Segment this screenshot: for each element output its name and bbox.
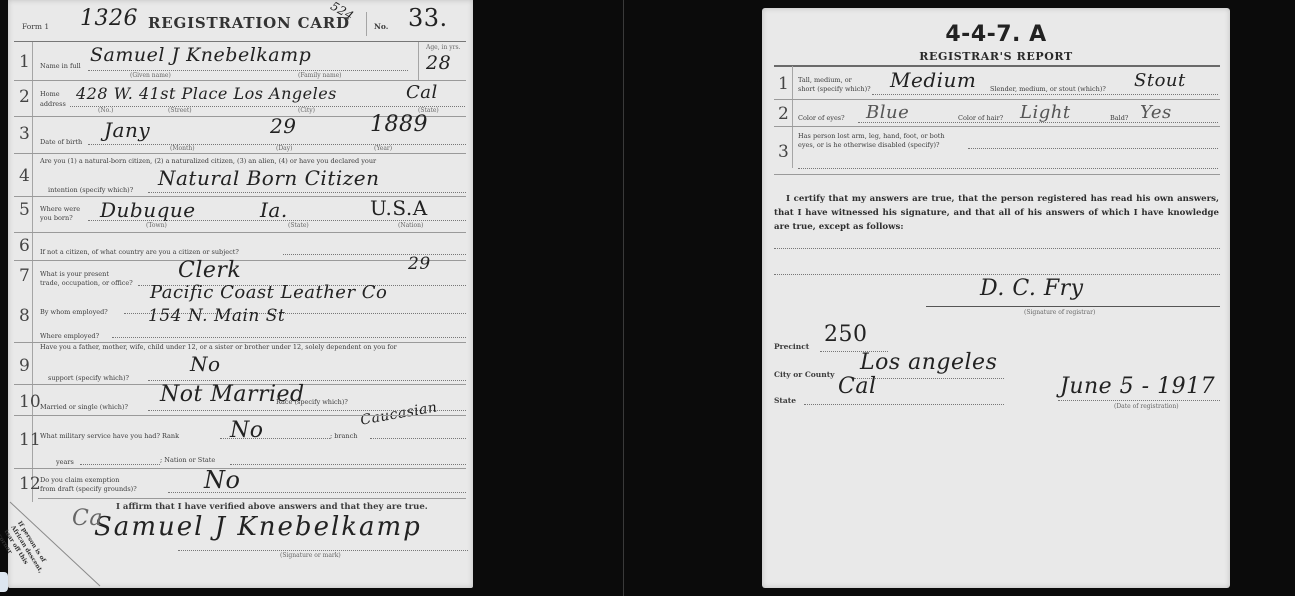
row-10-number: 10: [19, 392, 41, 412]
form-label: Form 1: [22, 22, 49, 31]
military-branch-label: ; branch: [330, 432, 357, 440]
birth-nation-value: U.S.A: [370, 196, 428, 220]
row-1-number: 1: [19, 52, 30, 72]
dependents-question: Have you a father, mother, wife, child u…: [40, 343, 397, 351]
caption-family-name: (Family name): [298, 72, 342, 79]
caption-day: (Day): [276, 145, 292, 152]
employer-label: By whom employed?: [40, 308, 108, 316]
name-label: Name in full: [40, 62, 81, 70]
registration-date-value: June 5 - 1917: [1060, 374, 1215, 399]
build-label: Slender, medium, or stout (which)?: [990, 85, 1106, 93]
age-label: Age, in yrs.: [426, 44, 460, 51]
row-7-number: 7: [19, 266, 30, 286]
registration-date-caption: (Date of registration): [1114, 403, 1179, 410]
eye-color-label: Color of eyes?: [798, 114, 845, 122]
dob-month-value: Jany: [104, 118, 150, 142]
age-value: 28: [426, 52, 451, 74]
disability-label-1: Has person lost arm, leg, hand, foot, or…: [798, 132, 945, 140]
caption-no: (No.): [98, 107, 113, 114]
citizenship-question: Are you (1) a natural-born citizen, (2) …: [40, 157, 376, 165]
birth-town-value: Dubuque: [100, 198, 196, 222]
report-row-1-number: 1: [778, 74, 789, 94]
height-label-1: Tall, medium, or: [798, 76, 852, 84]
report-title: REGISTRAR'S REPORT: [762, 50, 1230, 63]
bald-label: Bald?: [1110, 114, 1128, 122]
exemption-label-2: from draft (specify grounds)?: [40, 485, 137, 493]
employment-location-label: Where employed?: [40, 332, 99, 340]
report-row-3-number: 3: [778, 142, 789, 162]
eye-color-value: Blue: [866, 102, 909, 123]
registrar-signature-caption: (Signature of registrar): [1024, 309, 1095, 316]
caption-month: (Month): [170, 145, 195, 152]
hair-color-label: Color of hair?: [958, 114, 1003, 122]
dependents-value: No: [190, 352, 221, 376]
report-row-2-number: 2: [778, 104, 789, 124]
card-no-value: 33.: [408, 4, 448, 32]
race-label: Race (specify which)?: [276, 398, 348, 406]
hair-color-value: Light: [1020, 102, 1071, 123]
dob-label: Date of birth: [40, 138, 82, 146]
serial-number: 1326: [80, 6, 138, 31]
military-service-label: What military service have you had? Rank: [40, 432, 179, 440]
citizenship-label: intention (specify which)?: [48, 186, 133, 194]
exemption-value: No: [204, 466, 240, 494]
marital-status-label: Married or single (which)?: [40, 403, 128, 411]
caption-year: (Year): [374, 145, 392, 152]
employer-value: Pacific Coast Leather Co: [150, 282, 387, 303]
bald-value: Yes: [1140, 102, 1172, 123]
precinct-label: Precinct: [774, 342, 809, 351]
race-value: Caucasian: [359, 399, 438, 428]
occupation-note: 29: [408, 254, 431, 274]
caption-given-name: (Given name): [130, 72, 171, 79]
military-rank-value: No: [230, 418, 264, 443]
employment-location-value: 154 N. Main St: [148, 306, 285, 326]
foreign-citizenship-label: If not a citizen, of what country are yo…: [40, 248, 239, 256]
row-8-number: 8: [19, 306, 30, 326]
disability-label-2: eyes, or is he otherwise disabled (speci…: [798, 141, 940, 149]
birthplace-label-1: Where were: [40, 205, 80, 213]
affirmation-text: I affirm that I have verified above answ…: [116, 502, 428, 512]
height-value: Medium: [890, 68, 976, 92]
registrar-signature: D. C. Fry: [980, 276, 1084, 301]
city-label: City or County: [774, 370, 835, 379]
city-value: Los angeles: [860, 350, 997, 375]
citizenship-value: Natural Born Citizen: [158, 166, 380, 190]
exemption-label-1: Do you claim exemption: [40, 476, 119, 484]
caption-street: (Street): [168, 107, 192, 114]
film-frame-divider: [623, 0, 624, 596]
occupation-value: Clerk: [178, 258, 241, 283]
precinct-value: 250: [824, 322, 868, 347]
state-label: State: [774, 396, 796, 405]
height-label-2: short (specify which)?: [798, 85, 871, 93]
state-value: Cal: [838, 374, 877, 399]
registration-card: Form 1 1326 REGISTRATION CARD 524 No. 33…: [8, 0, 473, 588]
military-years-label: years: [56, 458, 74, 466]
registrant-signature: Samuel J Knebelkamp: [94, 512, 422, 542]
dependents-label: support (specify which)?: [48, 374, 129, 382]
row-4-number: 4: [19, 166, 30, 186]
row-3-number: 3: [19, 124, 30, 144]
build-value: Stout: [1134, 70, 1186, 91]
dob-day-value: 29: [270, 114, 296, 138]
row-5-number: 5: [19, 200, 30, 220]
row-11-number: 11: [19, 430, 41, 450]
corner-mark: Ca: [72, 506, 103, 531]
signature-caption: (Signature or mark): [280, 552, 341, 559]
caption-city: (City): [298, 107, 315, 114]
home-address-value: 428 W. 41st Place Los Angeles: [76, 84, 337, 103]
report-form-number: 4-4-7. A: [762, 22, 1230, 47]
caption-birth-state: (State): [288, 222, 309, 229]
row-2-number: 2: [19, 87, 30, 107]
birth-state-value: Ia.: [260, 198, 288, 222]
birthplace-label-2: you born?: [40, 214, 73, 222]
occupation-label-1: What is your present: [40, 270, 109, 278]
row-6-number: 6: [19, 236, 30, 256]
occupation-label-2: trade, occupation, or office?: [40, 279, 133, 287]
row-9-number: 9: [19, 356, 30, 376]
dob-year-value: 1889: [370, 112, 428, 137]
military-nation-label: ; Nation or State: [160, 456, 215, 464]
card-title: REGISTRATION CARD: [148, 14, 350, 32]
card-no-label: No.: [374, 22, 388, 31]
home-state-value: Cal: [406, 82, 438, 103]
caption-town: (Town): [146, 222, 167, 229]
registrar-certification-text: I certify that my answers are true, that…: [774, 192, 1219, 234]
address-label: address: [40, 100, 66, 108]
row-12-number: 12: [19, 474, 41, 494]
viewer-edge-tab[interactable]: [0, 572, 8, 592]
registrars-report-card: 4-4-7. A REGISTRAR'S REPORT 1 Tall, medi…: [762, 8, 1230, 588]
caption-nation: (Nation): [398, 222, 423, 229]
home-label: Home: [40, 90, 60, 98]
name-value: Samuel J Knebelkamp: [90, 44, 311, 66]
